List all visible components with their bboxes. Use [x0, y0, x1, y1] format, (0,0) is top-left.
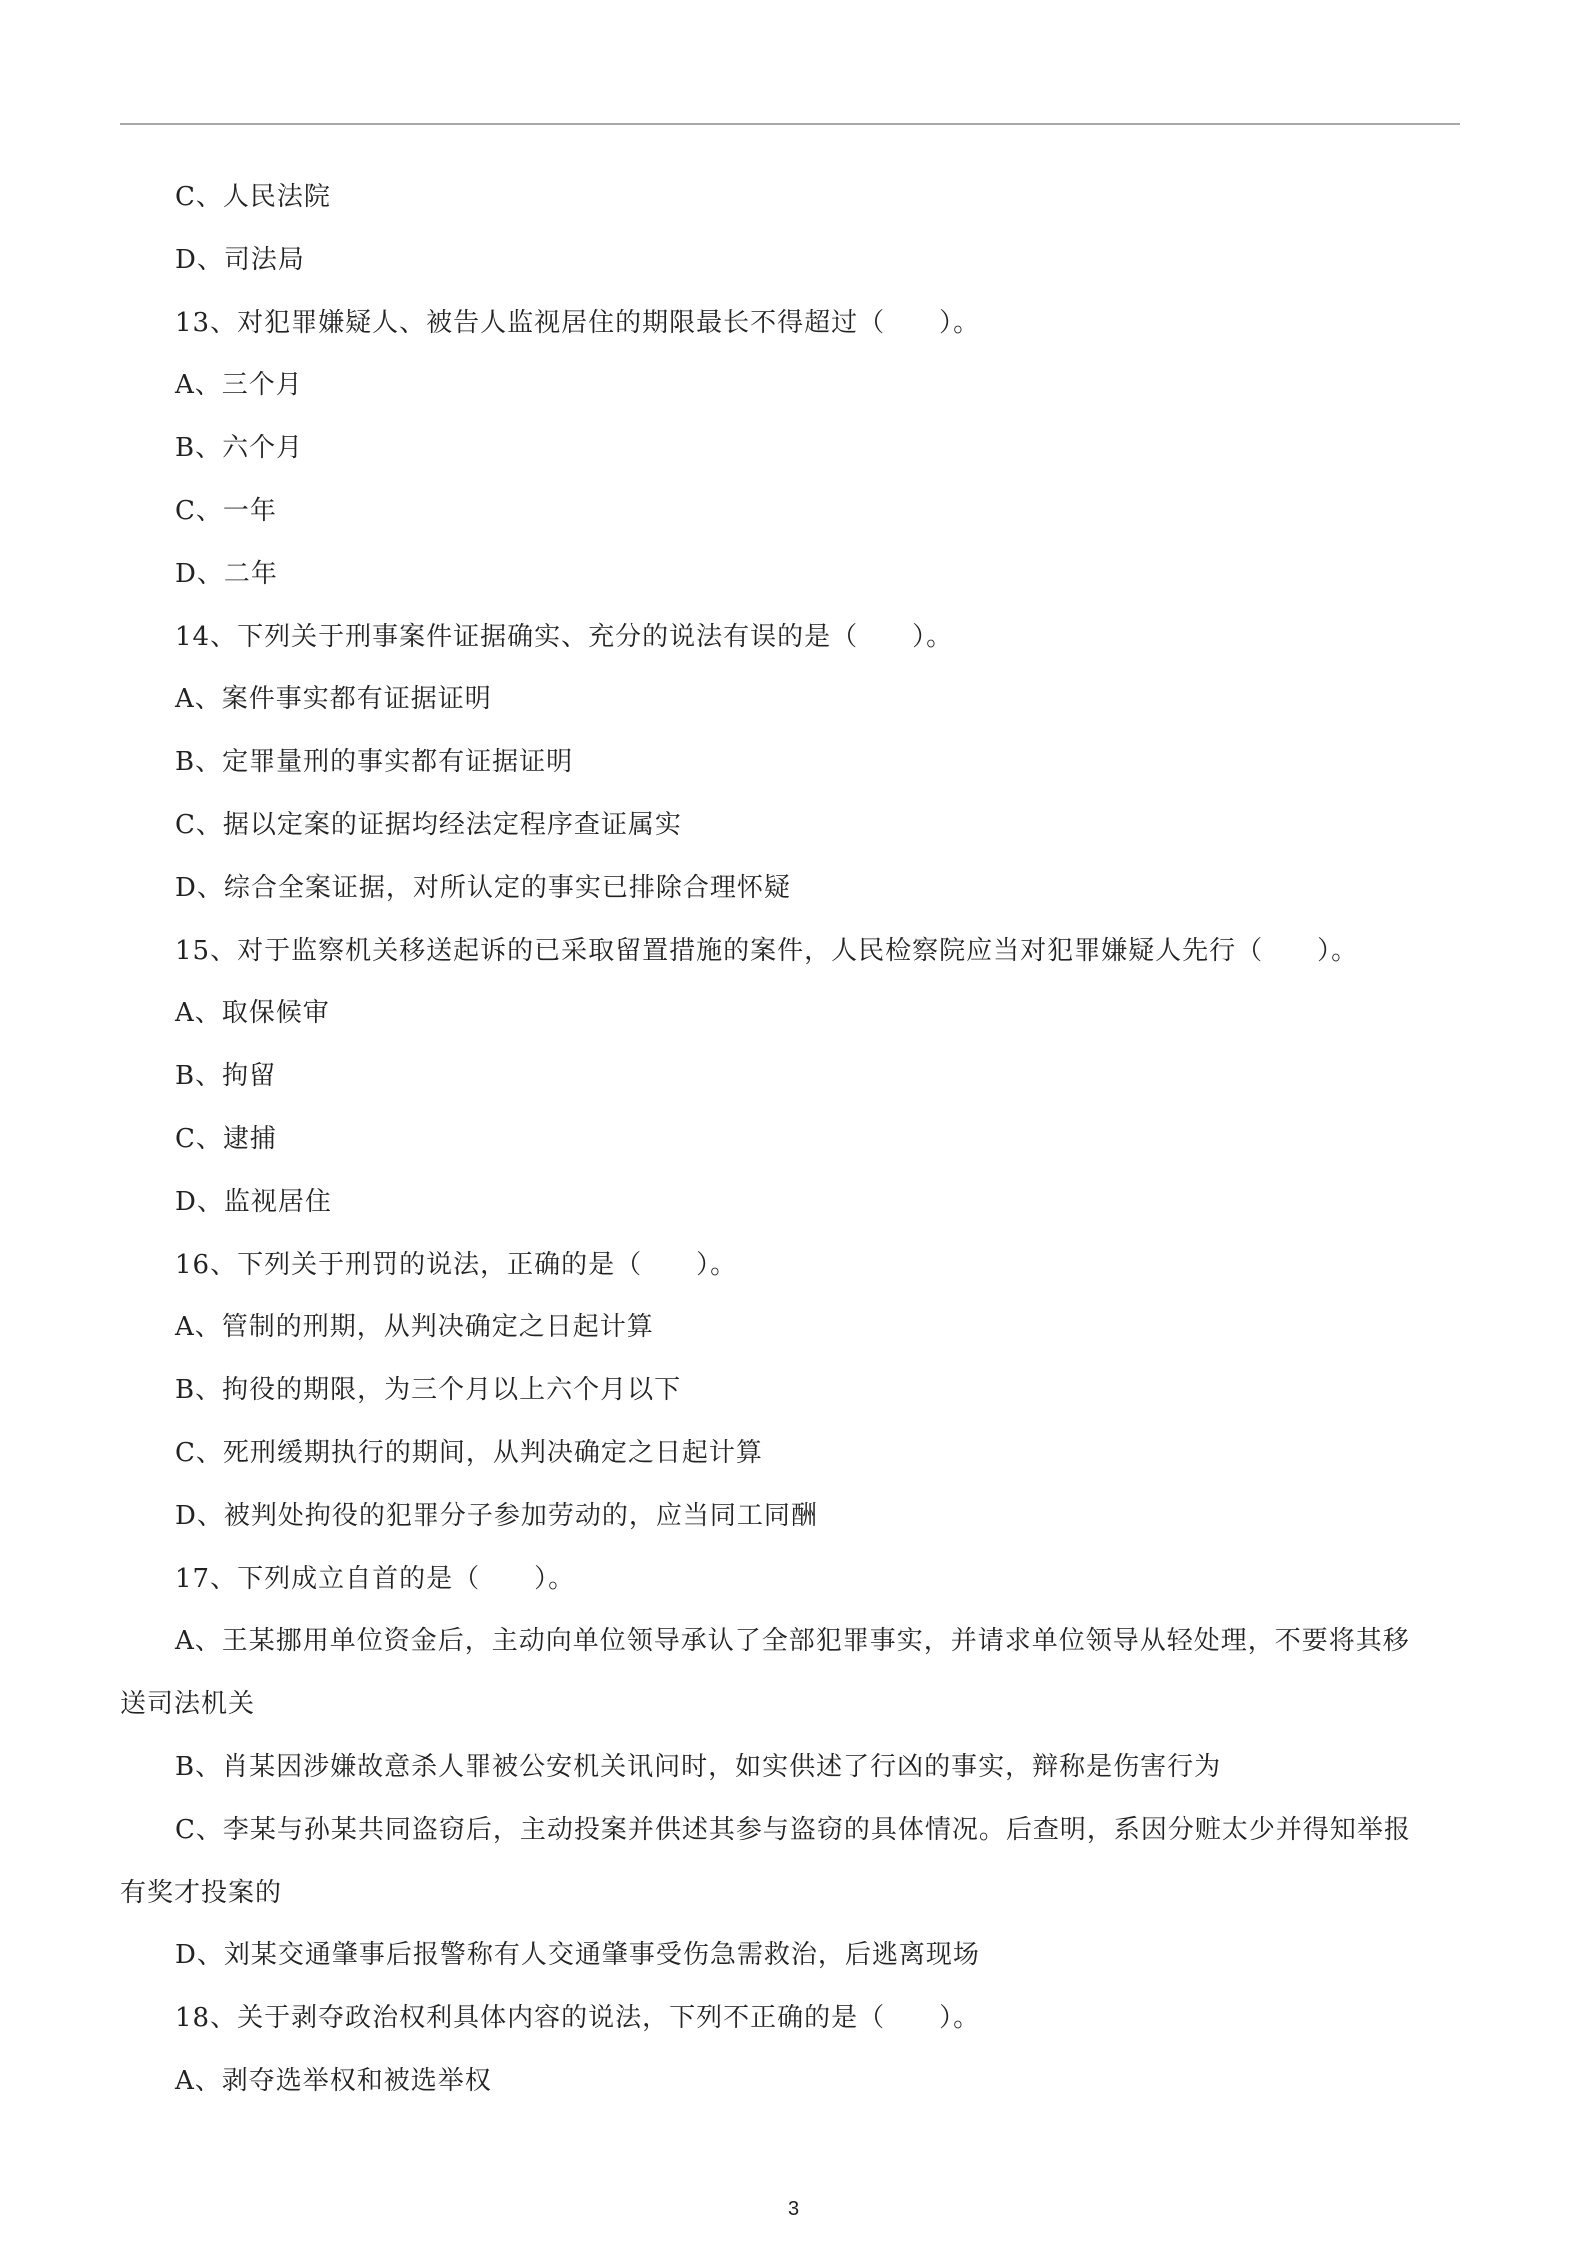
option-12-c: C、人民法院 — [120, 175, 1460, 238]
header-rule — [120, 123, 1460, 125]
option-14-a: A、案件事实都有证据证明 — [120, 677, 1460, 740]
option-16-d: D、被判处拘役的犯罪分子参加劳动的，应当同工同酬 — [120, 1494, 1460, 1557]
option-13-b: B、六个月 — [120, 426, 1460, 489]
option-17-a: A、王某挪用单位资金后，主动向单位领导承认了全部犯罪事实，并请求单位领导从轻处理… — [120, 1619, 1460, 1682]
option-13-a: A、三个月 — [120, 363, 1460, 426]
option-14-d: D、综合全案证据，对所认定的事实已排除合理怀疑 — [120, 866, 1460, 929]
option-17-b: B、肖某因涉嫌故意杀人罪被公安机关讯问时，如实供述了行凶的事实，辩称是伤害行为 — [120, 1745, 1460, 1808]
option-12-d: D、司法局 — [120, 238, 1460, 301]
option-16-a: A、管制的刑期，从判决确定之日起计算 — [120, 1305, 1460, 1368]
option-18-a: A、剥夺选举权和被选举权 — [120, 2059, 1460, 2122]
option-13-c: C、一年 — [120, 489, 1460, 552]
option-16-b: B、拘役的期限，为三个月以上六个月以下 — [120, 1368, 1460, 1431]
question-14: 14、下列关于刑事案件证据确实、充分的说法有误的是（ ）。 — [120, 615, 1460, 678]
page-number: 3 — [0, 2198, 1587, 2221]
question-15: 15、对于监察机关移送起诉的已采取留置措施的案件，人民检察院应当对犯罪嫌疑人先行… — [120, 929, 1460, 992]
question-16: 16、下列关于刑罚的说法，正确的是（ ）。 — [120, 1243, 1460, 1306]
option-17-c-continued: 有奖才投案的 — [120, 1871, 1460, 1934]
option-15-b: B、拘留 — [120, 1054, 1460, 1117]
option-17-a-continued: 送司法机关 — [120, 1682, 1460, 1745]
question-13: 13、对犯罪嫌疑人、被告人监视居住的期限最长不得超过（ ）。 — [120, 301, 1460, 364]
option-14-c: C、据以定案的证据均经法定程序查证属实 — [120, 803, 1460, 866]
question-18: 18、关于剥夺政治权利具体内容的说法，下列不正确的是（ ）。 — [120, 1996, 1460, 2059]
option-17-d: D、刘某交通肇事后报警称有人交通肇事受伤急需救治，后逃离现场 — [120, 1933, 1460, 1996]
option-15-c: C、逮捕 — [120, 1117, 1460, 1180]
option-15-a: A、取保候审 — [120, 991, 1460, 1054]
option-15-d: D、监视居住 — [120, 1180, 1460, 1243]
option-14-b: B、定罪量刑的事实都有证据证明 — [120, 740, 1460, 803]
question-17: 17、下列成立自首的是（ ）。 — [120, 1557, 1460, 1620]
option-17-c: C、李某与孙某共同盗窃后，主动投案并供述其参与盗窃的具体情况。后查明，系因分赃太… — [120, 1808, 1460, 1871]
document-body: C、人民法院 D、司法局 13、对犯罪嫌疑人、被告人监视居住的期限最长不得超过（… — [120, 175, 1460, 2122]
option-13-d: D、二年 — [120, 552, 1460, 615]
option-16-c: C、死刑缓期执行的期间，从判决确定之日起计算 — [120, 1431, 1460, 1494]
